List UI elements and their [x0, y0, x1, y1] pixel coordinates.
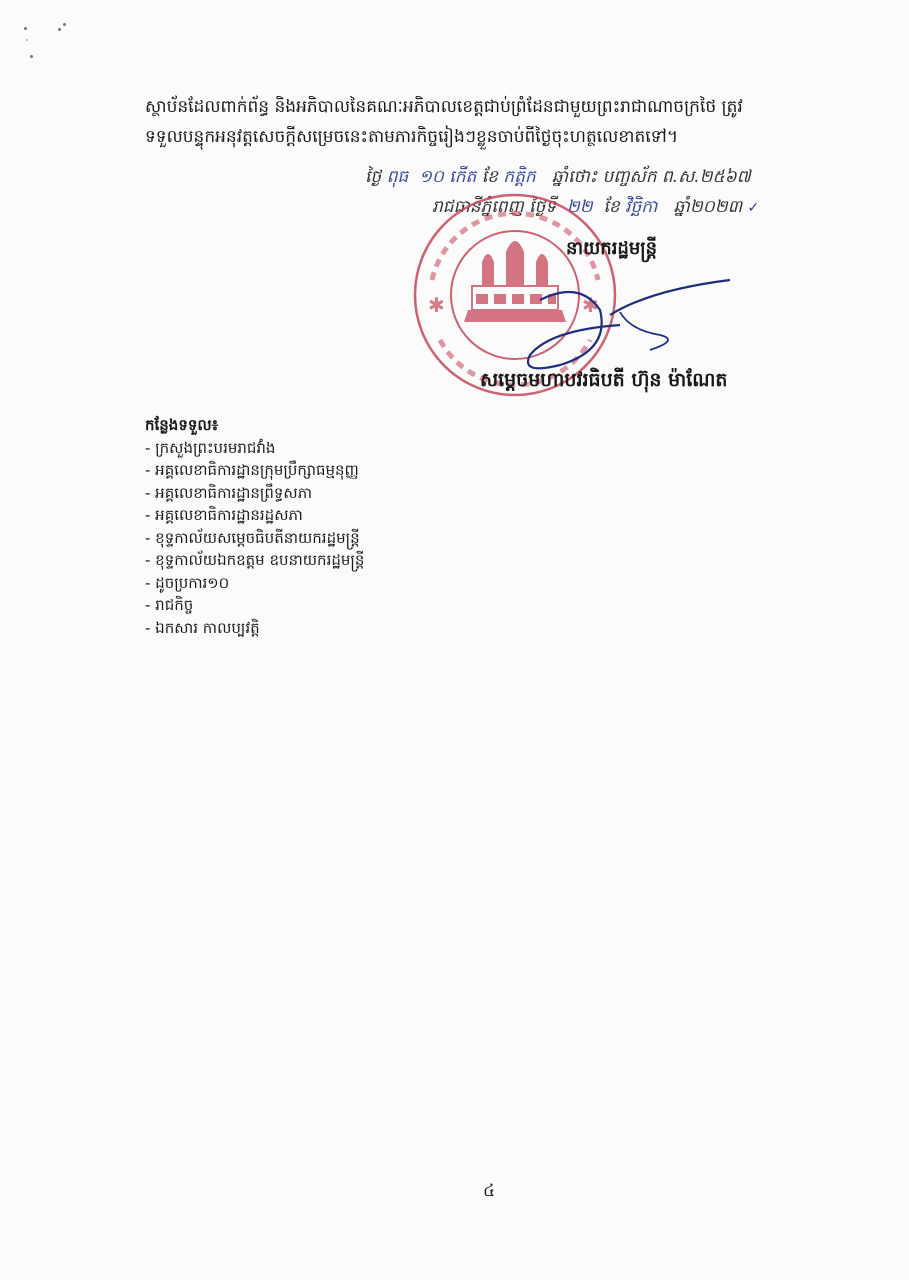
recipients-heading: កន្លែងទទួល៖: [145, 414, 364, 437]
recipient-item: - ដូចប្រការ១០: [145, 572, 364, 595]
signature-icon: [500, 270, 760, 380]
body-line: ទទួលបន្ទុកអនុវត្តសេចក្ដីសម្រេចនេះតាមភារក…: [145, 122, 845, 152]
recipient-item: - ខុទ្ទកាល័យឯកឧត្តម ឧបនាយករដ្ឋមន្ត្រី: [145, 549, 364, 572]
solar-month: វិច្ឆិកា: [625, 197, 657, 217]
scan-speck: [58, 28, 61, 31]
recipient-item: - ខុទ្ទកាល័យសម្ដេចធិបតីនាយករដ្ឋមន្ត្រី: [145, 527, 364, 550]
lunar-month-label: ខែ: [482, 167, 498, 187]
lunar-year: ឆ្នាំថោះ បញ្ចស័ក ព.ស.២៥៦៧: [552, 167, 751, 187]
body-paragraph: ស្ថាប័នដែលពាក់ព័ន្ធ និងអភិបាលនៃគណៈអភិបាល…: [145, 92, 845, 152]
svg-text:✱: ✱: [428, 293, 445, 317]
scan-speck: [26, 39, 28, 41]
solar-year: ឆ្នាំ២០២៣: [674, 197, 742, 217]
recipients-list: កន្លែងទទួល៖ - ក្រសួងព្រះបរមរាជវាំង - អគ្…: [145, 414, 364, 639]
scan-speck: [30, 55, 33, 58]
signer-name: សម្ដេចមហាបវរធិបតី ហ៊ុន ម៉ាណែត: [480, 368, 727, 396]
recipient-item: - រាជកិច្ច: [145, 594, 364, 617]
recipient-item: - អគ្គលេខាធិការដ្ឋានរដ្ឋសភា: [145, 504, 364, 527]
scan-speck: [24, 27, 27, 30]
page-number: ៤: [483, 1180, 495, 1205]
lunar-month: កត្តិក: [503, 167, 535, 187]
lunar-day: ១០ កើត: [419, 167, 476, 187]
recipient-item: - អគ្គលេខាធិការដ្ឋានក្រុមប្រឹក្សាធម្មនុញ…: [145, 459, 364, 482]
check-mark-icon: ✓: [748, 200, 760, 216]
body-line: ស្ថាប័នដែលពាក់ព័ន្ធ និងអភិបាលនៃគណៈអភិបាល…: [145, 92, 845, 122]
recipient-item: - ក្រសួងព្រះបរមរាជវាំង: [145, 437, 364, 460]
lunar-date: ថ្ងៃ ពុធ ១០ កើត ខែ កត្តិក ឆ្នាំថោះ បញ្ចស…: [365, 166, 751, 191]
recipient-item: - អគ្គលេខាធិការដ្ឋានព្រឹទ្ធសភា: [145, 482, 364, 505]
scan-speck: [63, 23, 66, 26]
lunar-weekday: ពុធ: [387, 167, 409, 187]
lunar-date-prefix: ថ្ងៃ: [365, 167, 381, 187]
recipient-item: - ឯកសារ កាលប្បវត្តិ: [145, 617, 364, 640]
signer-title: នាយករដ្ឋមន្ត្រី: [566, 236, 657, 263]
